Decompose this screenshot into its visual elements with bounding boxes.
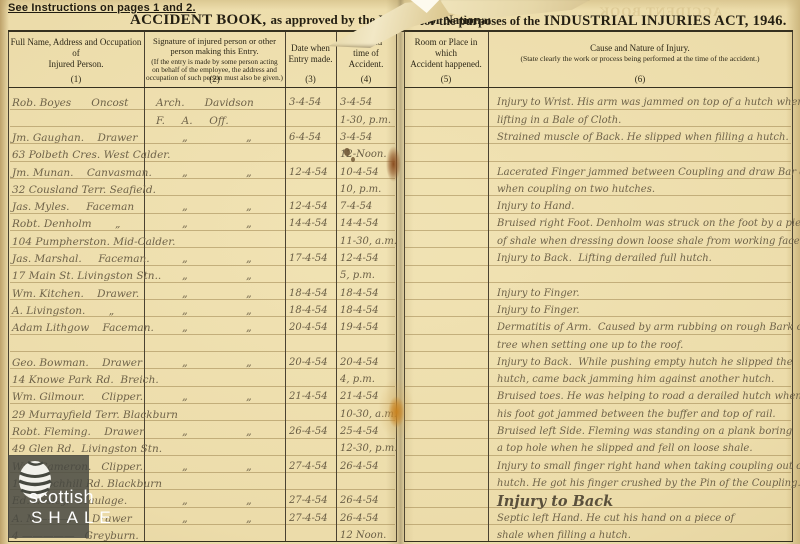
table-border-vertical xyxy=(144,31,145,541)
entry-name-line: 17 Main St. Livingston Stn.. xyxy=(12,268,161,284)
entry-date-made: 14-4-54 xyxy=(289,216,328,232)
ditto-mark: „ xyxy=(246,130,252,146)
entry-date-accident: 10, p.m. xyxy=(340,182,381,198)
ditto-mark: „ xyxy=(246,355,252,371)
entry-date-accident: 19-4-54 xyxy=(340,320,379,336)
ditto-mark: „ xyxy=(246,216,252,232)
ditto-mark: „ xyxy=(182,303,188,319)
entry-name-line: 32 Cousland Terr. Seafield. xyxy=(12,182,156,198)
entry-date-made: 27-4-54 xyxy=(289,511,328,527)
table-border-vertical xyxy=(336,31,337,541)
injury-text: Injury to Finger. xyxy=(497,286,580,302)
ditto-mark: „ xyxy=(182,320,188,336)
injury-text: tree when setting one up to the roof. xyxy=(497,338,683,354)
entry-date-accident: 25-4-54 xyxy=(340,424,379,440)
entry-name-line: Robt. Fleming. Drawer xyxy=(12,424,144,440)
ditto-mark: „ xyxy=(182,511,188,527)
ditto-mark: „ xyxy=(182,216,188,232)
injury-text: Bruised toes. He was helping to road a d… xyxy=(497,389,800,405)
entry-signature: Arch. Davidson xyxy=(156,95,254,111)
entry-date-made: 18-4-54 xyxy=(289,303,328,319)
ruled-line xyxy=(405,213,791,214)
injury-text: shale when filling a hutch. xyxy=(497,528,631,544)
page-fold-crease xyxy=(386,0,414,544)
table-border-vertical xyxy=(285,31,286,541)
ruled-line xyxy=(405,316,791,317)
entry-date-made: 20-4-54 xyxy=(289,355,328,371)
ditto-mark: „ xyxy=(182,424,188,440)
injury-text: Septic left Hand. He cut his hand on a p… xyxy=(497,511,734,527)
ditto-mark: „ xyxy=(182,199,188,215)
entry-name-line: Jas. Marshal. Faceman. xyxy=(12,251,150,267)
ditto-mark: „ xyxy=(246,320,252,336)
entry-name-line: 29 Murrayfield Terr. Blackburn xyxy=(12,407,178,423)
ditto-mark: „ xyxy=(182,165,188,181)
injury-text: hutch. He got his finger crushed by the … xyxy=(497,476,800,492)
entry-date-made: 12-4-54 xyxy=(289,199,328,215)
entry-date-made: 21-4-54 xyxy=(289,389,328,405)
entry-name-line: Geo. Bowman. Drawer xyxy=(12,355,142,371)
entry-name-line: Wm. Gilmour. Clipper. xyxy=(12,389,143,405)
ditto-mark: „ xyxy=(246,493,252,509)
ruled-line xyxy=(405,161,791,162)
ruled-line xyxy=(405,282,791,283)
entry-date-made: 27-4-54 xyxy=(289,459,328,475)
entry-name-line: Jm. Gaughan. Drawer xyxy=(12,130,137,146)
entry-name-line: Rob. Boyes Oncost xyxy=(12,95,128,111)
entry-date-accident: 18-4-54 xyxy=(340,286,379,302)
entry-date-accident: 26-4-54 xyxy=(340,493,379,509)
injury-text: Bruised left Side. Fleming was standing … xyxy=(497,424,792,440)
watermark-text-shale: SHALE xyxy=(31,508,117,528)
entry-name-line: Jas. Myles. Faceman xyxy=(12,199,134,215)
entry-name-line: Jm. Munan. Canvasman. xyxy=(12,165,152,181)
entry-name-line: Adam Lithgow Faceman. xyxy=(12,320,154,336)
ditto-mark: „ xyxy=(246,165,252,181)
entry-date-accident: 21-4-54 xyxy=(340,389,379,405)
injury-text: Injury to Finger. xyxy=(497,303,580,319)
entry-date-made: 18-4-54 xyxy=(289,286,328,302)
injury-text: hutch, came back jamming him against ano… xyxy=(497,372,774,388)
entry-date-accident: 3-4-54 xyxy=(340,130,372,146)
entry-date-accident: 26-4-54 xyxy=(340,459,379,475)
accident-book-page: ACCIDENT BOOK See Instructions on pages … xyxy=(0,0,800,544)
entry-date-accident: 5, p.m. xyxy=(340,268,375,284)
header-bottom-border xyxy=(8,87,397,88)
watermark-text-scottish: scottish xyxy=(29,487,94,508)
injury-text: Lacerated Finger jammed between Coupling… xyxy=(497,165,800,181)
ruled-line xyxy=(10,351,395,352)
entry-date-accident: 7-4-54 xyxy=(340,199,372,215)
injury-text: Injury to small finger right hand when t… xyxy=(497,459,800,475)
entry-signature: F. A. Off. xyxy=(156,113,229,129)
entry-date-accident: 12-4-54 xyxy=(340,251,379,267)
ditto-mark: „ xyxy=(246,424,252,440)
entry-name-line: 104 Pumpherston. Mid-Calder. xyxy=(12,234,175,250)
ditto-mark: „ xyxy=(182,355,188,371)
entry-date-accident: 12 Noon. xyxy=(340,528,386,544)
injury-text: Injury to Wrist. His arm was jammed on t… xyxy=(497,95,800,111)
entry-date-made: 12-4-54 xyxy=(289,165,328,181)
entry-date-accident: 10-4-54 xyxy=(340,165,379,181)
ditto-mark: „ xyxy=(246,251,252,267)
watermark: scottish SHALE xyxy=(8,455,89,538)
ditto-mark: „ xyxy=(182,286,188,302)
injury-text: of shale when dressing down loose shale … xyxy=(497,234,800,250)
entry-date-accident: 26-4-54 xyxy=(340,511,379,527)
entry-date-accident: 20-4-54 xyxy=(340,355,379,371)
entry-date-accident: 1-30, p.m. xyxy=(340,113,391,129)
entry-date-made: 26-4-54 xyxy=(289,424,328,440)
ditto-mark: „ xyxy=(246,389,252,405)
entry-date-made: 20-4-54 xyxy=(289,320,328,336)
injury-text: Dermatitis of Arm. Caused by arm rubbing… xyxy=(497,320,800,336)
ditto-mark: „ xyxy=(246,268,252,284)
ditto-mark: „ xyxy=(246,286,252,302)
entry-name-line: 63 Polbeth Cres. West Calder. xyxy=(12,147,171,163)
ditto-mark: „ xyxy=(246,199,252,215)
ditto-mark: „ xyxy=(182,130,188,146)
table-border-vertical xyxy=(488,31,489,541)
entry-name-line: Wm. Kitchen. Drawer. xyxy=(12,286,139,302)
ink-spot xyxy=(344,148,350,156)
injury-text: a top hole when he slipped and fell on l… xyxy=(497,441,753,457)
ditto-mark: „ xyxy=(182,251,188,267)
injury-text: Injury to Hand. xyxy=(497,199,574,215)
ditto-mark: „ xyxy=(182,268,188,284)
stain-spot xyxy=(386,146,401,182)
injury-text: when coupling on two hutches. xyxy=(497,182,655,198)
injury-text: lifting in a Bale of Cloth. xyxy=(497,113,621,129)
ditto-mark: „ xyxy=(246,303,252,319)
ditto-mark: „ xyxy=(246,511,252,527)
entry-date-accident: 18-4-54 xyxy=(340,303,379,319)
ditto-mark: „ xyxy=(182,389,188,405)
header-bottom-border xyxy=(404,87,793,88)
entry-date-accident: 4, p.m. xyxy=(340,372,375,388)
ink-spot xyxy=(351,157,355,162)
entry-date-made: 17-4-54 xyxy=(289,251,328,267)
injury-text: Injury to Back. While pushing empty hutc… xyxy=(497,355,793,371)
ditto-mark: „ xyxy=(182,493,188,509)
entry-date-made: 6-4-54 xyxy=(289,130,321,146)
injury-text: Injury to Back xyxy=(497,493,613,509)
injury-text: Strained muscle of Back. He slipped when… xyxy=(497,130,789,146)
entry-name-line: Robt. Denholm „ xyxy=(12,216,120,232)
ditto-mark: „ xyxy=(182,459,188,475)
injury-text: Bruised right Foot. Denholm was struck o… xyxy=(497,216,800,232)
entry-name-line: A. Livingston. „ xyxy=(12,303,114,319)
ruled-line xyxy=(405,299,791,300)
injury-text: Injury to Back. Lifting derailed full hu… xyxy=(497,251,712,267)
ditto-mark: „ xyxy=(246,459,252,475)
entry-date-made: 27-4-54 xyxy=(289,493,328,509)
injury-text: his foot got jammed between the buffer a… xyxy=(497,407,776,423)
entry-date-made: 3-4-54 xyxy=(289,95,321,111)
stain-spot xyxy=(388,396,405,428)
entry-name-line: 14 Knowe Park Rd. Breich. xyxy=(12,372,159,388)
entry-date-accident: 14-4-54 xyxy=(340,216,379,232)
entry-date-accident: 3-4-54 xyxy=(340,95,372,111)
